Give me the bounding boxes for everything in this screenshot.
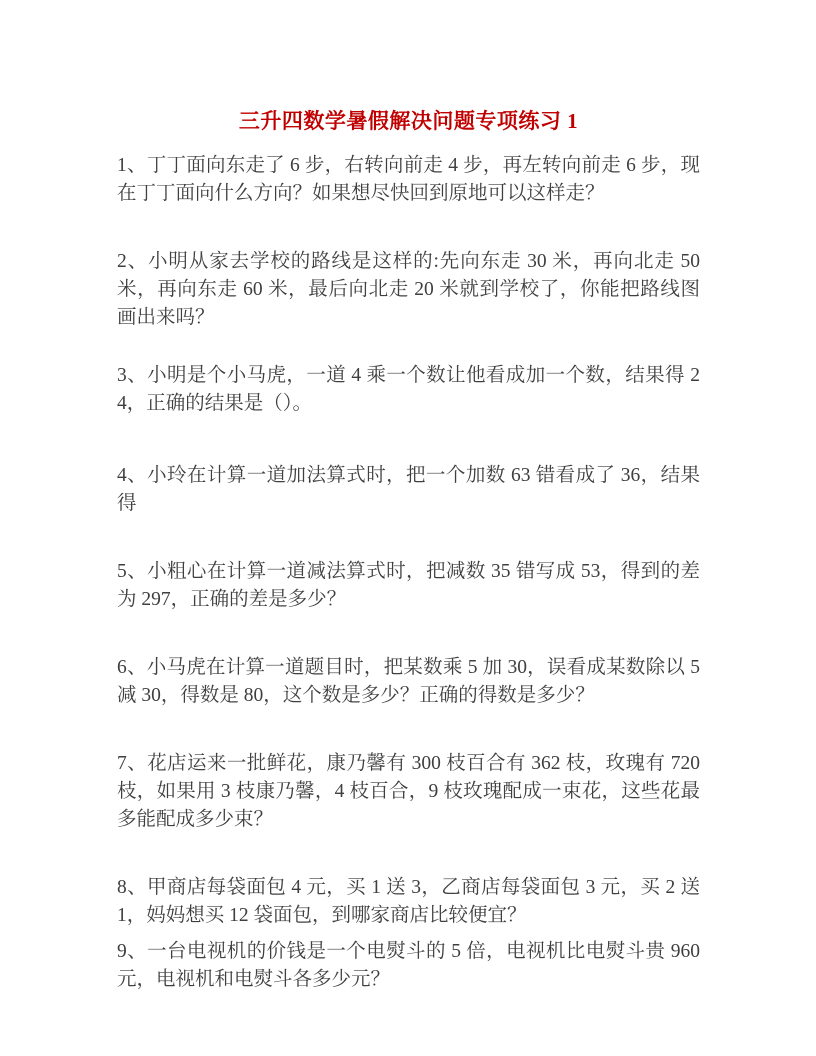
document-page: 三升四数学暑假解决问题专项练习 1 1、丁丁面向东走了 6 步，右转向前走 4 … [0,0,816,1056]
problem-3: 3、小明是个小马虎，一道 4 乘一个数让他看成加一个数，结果得 24，正确的结果… [117,362,700,418]
problem-5: 5、小粗心在计算一道减法算式时，把减数 35 错写成 53，得到的差为 297，… [117,558,700,614]
problem-2: 2、小明从家去学校的路线是这样的:先向东走 30 米，再向北走 50 米，再向东… [117,248,700,332]
problem-1: 1、丁丁面向东走了 6 步，右转向前走 4 步，再左转向前走 6 步，现在丁丁面… [117,152,700,208]
problem-list: 1、丁丁面向东走了 6 步，右转向前走 4 步，再左转向前走 6 步，现在丁丁面… [117,152,700,994]
worksheet-title: 三升四数学暑假解决问题专项练习 1 [117,106,700,136]
problem-6: 6、小马虎在计算一道题目时，把某数乘 5 加 30，误看成某数除以 5 减 30… [117,654,700,710]
problem-4: 4、小玲在计算一道加法算式时，把一个加数 63 错看成了 36，结果得 [117,462,700,518]
problem-7: 7、花店运来一批鲜花，康乃馨有 300 枝百合有 362 枝，玫瑰有 720 枝… [117,750,700,834]
problem-9: 9、一台电视机的价钱是一个电熨斗的 5 倍，电视机比电熨斗贵 960 元，电视机… [117,938,700,994]
problem-8: 8、甲商店每袋面包 4 元，买 1 送 3，乙商店每袋面包 3 元，买 2 送 … [117,874,700,930]
